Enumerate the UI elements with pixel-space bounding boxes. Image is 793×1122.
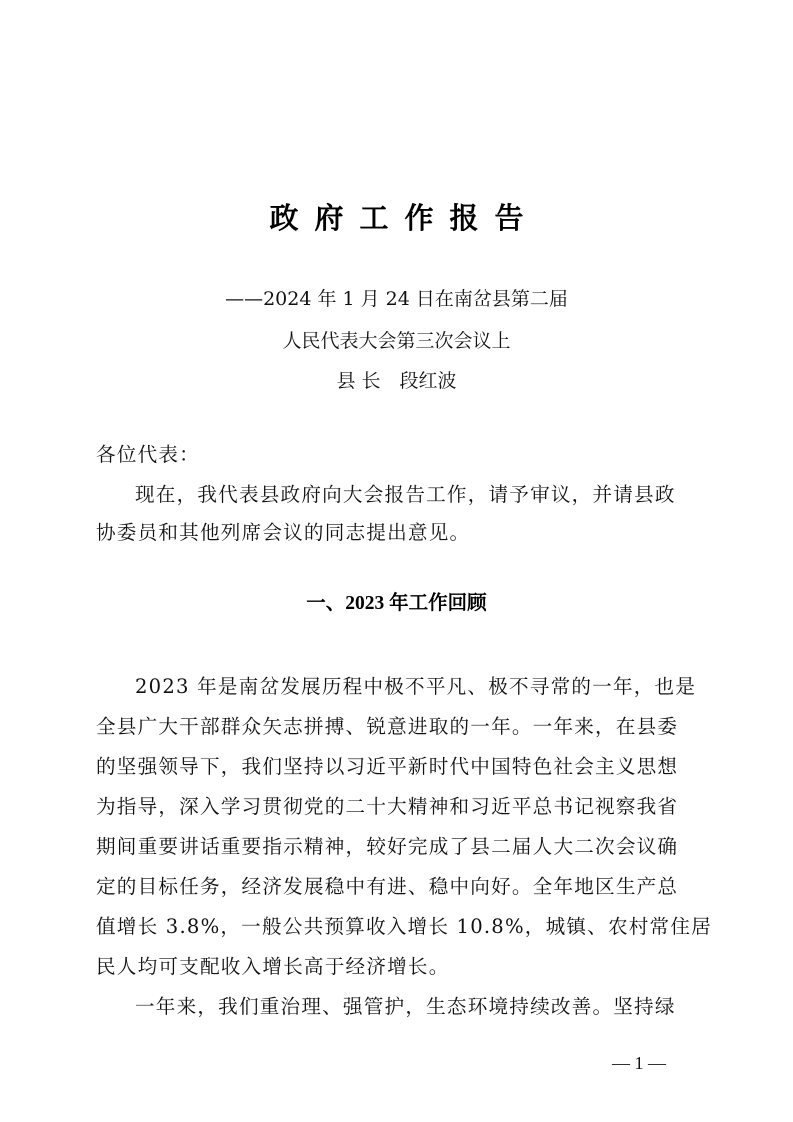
intro-paragraph-line: 现在，我代表县政府向大会报告工作，请予审议，并请县政 [135, 480, 702, 510]
paragraph-line: 的坚强领导下，我们坚持以习近平新时代中国特色社会主义思想 [96, 752, 702, 782]
paragraph-line: 一年来，我们重治理、强管护，生态环境持续改善。坚持绿 [135, 992, 702, 1022]
paragraph-line: 定的目标任务，经济发展稳中有进、稳中向好。全年地区生产总 [96, 872, 702, 902]
paragraph-line: 值增长 3.8%，一般公共预算收入增长 10.8%，城镇、农村常住居 [96, 912, 702, 942]
subtitle-speaker-line: 县 长 段红波 [0, 366, 793, 396]
paragraph-line: 全县广大干部群众矢志拼搏、锐意进取的一年。一年来，在县委 [96, 712, 702, 742]
section-heading: 一、2023 年工作回顾 [0, 588, 793, 620]
paragraph-line: 期间重要讲话重要指示精神，较好完成了县二届人大二次会议确 [96, 832, 702, 862]
document-page: 政府工作报告 ——2024 年 1 月 24 日在南岔县第二届 人民代表大会第三… [0, 0, 793, 1122]
intro-paragraph-line: 协委员和其他列席会议的同志提出意见。 [96, 518, 702, 548]
subtitle-meeting-line: 人民代表大会第三次会议上 [0, 326, 793, 356]
paragraph-line: 2023 年是南岔发展历程中极不平凡、极不寻常的一年，也是 [135, 672, 702, 702]
paragraph-line: 民人均可支配收入增长高于经济增长。 [96, 952, 702, 982]
salutation: 各位代表： [96, 440, 702, 470]
subtitle-date-line: ——2024 年 1 月 24 日在南岔县第二届 [0, 284, 793, 314]
page-number: — 1 — [612, 1049, 666, 1077]
document-title: 政府工作报告 [0, 196, 793, 240]
paragraph-line: 为指导，深入学习贯彻党的二十大精神和习近平总书记视察我省 [96, 792, 702, 822]
